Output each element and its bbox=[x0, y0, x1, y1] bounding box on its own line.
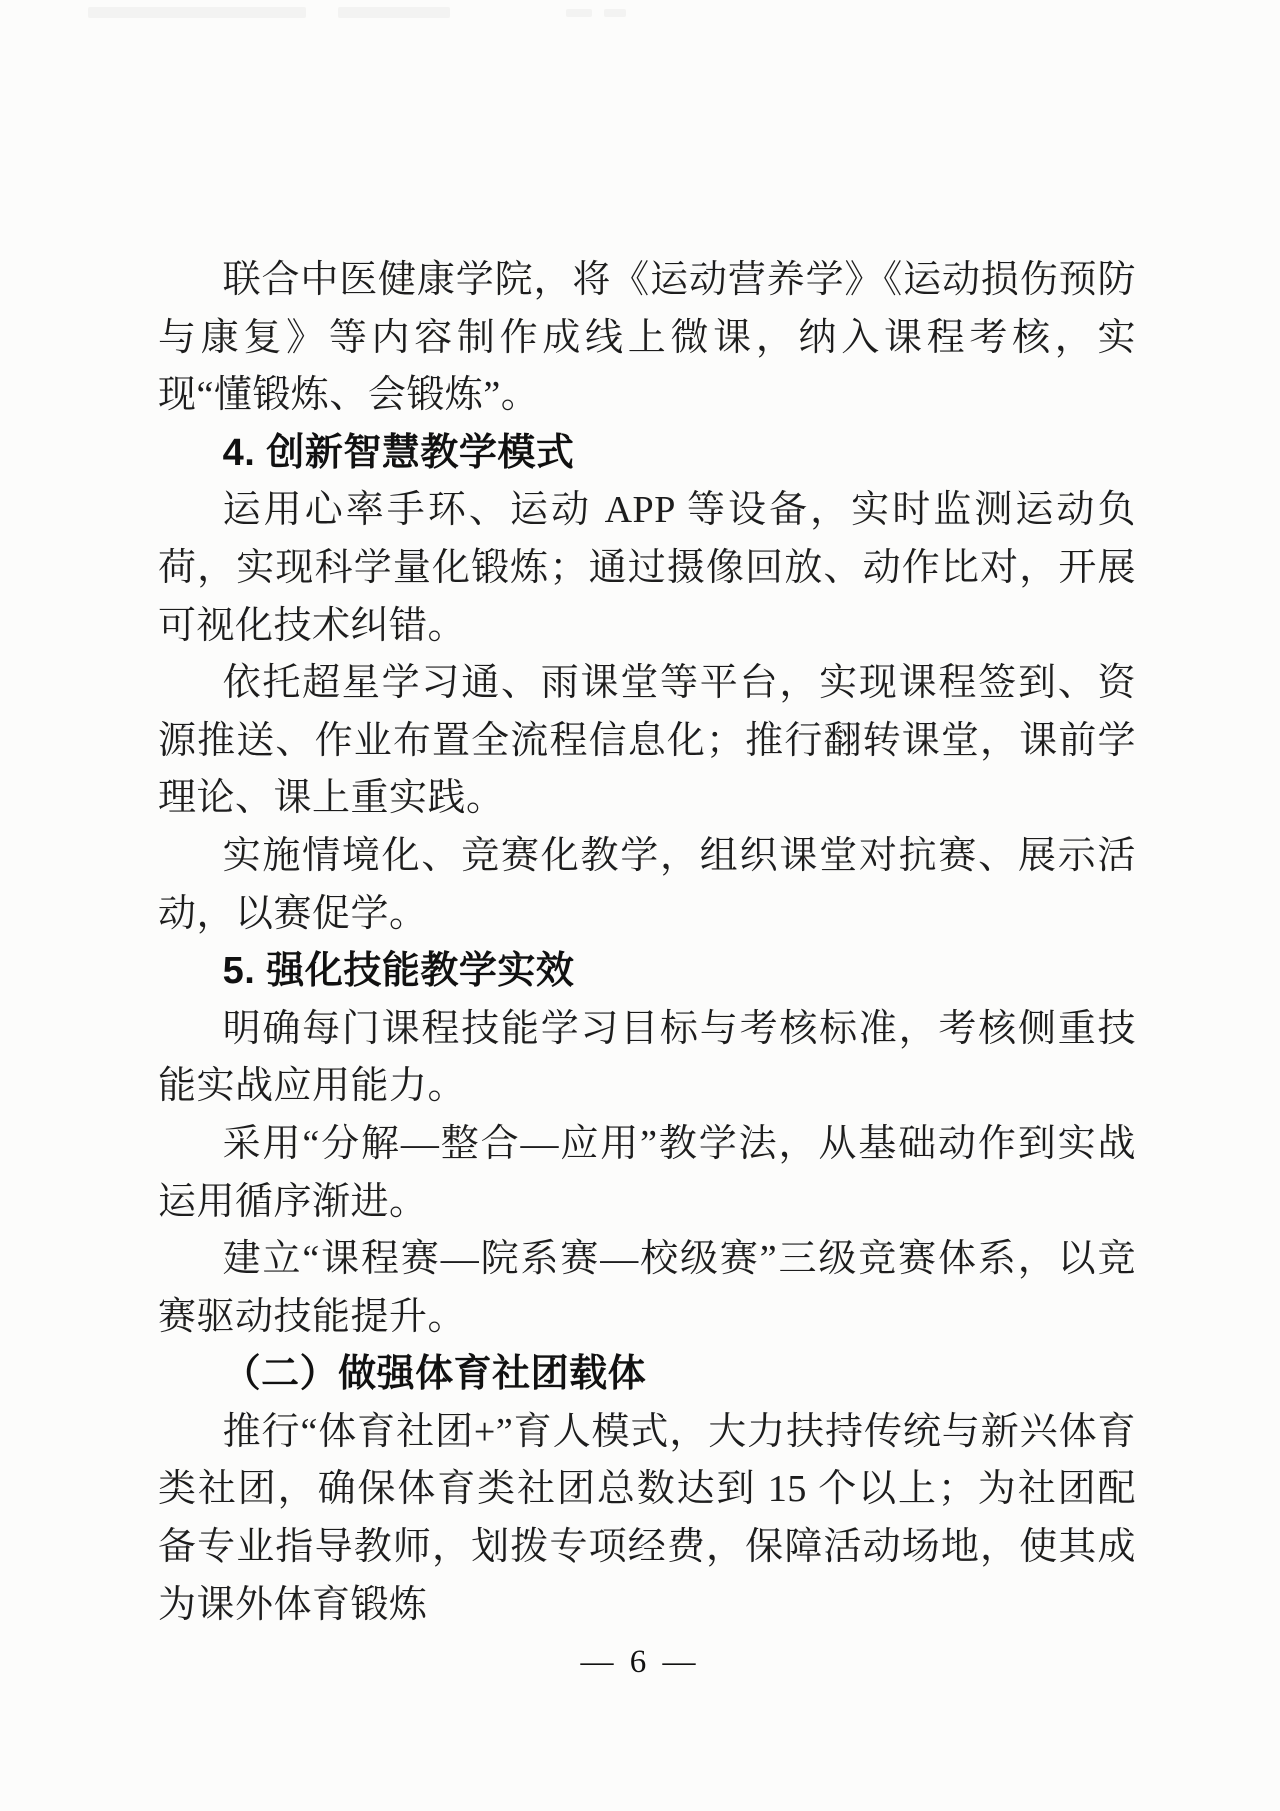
section-heading-5: 5. 强化技能教学实效 bbox=[158, 943, 1136, 1001]
document-body: 联合中医健康学院，将《运动营养学》《运动损伤预防与康复》等内容制作成线上微课，纳… bbox=[158, 252, 1136, 1634]
document-page: 联合中医健康学院，将《运动营养学》《运动损伤预防与康复》等内容制作成线上微课，纳… bbox=[0, 0, 1280, 1811]
paragraph-online-platforms: 依托超星学习通、雨课堂等平台，实现课程签到、资源推送、作业布置全流程信息化；推行… bbox=[158, 655, 1136, 828]
paragraph-competition-system: 建立“课程赛—院系赛—校级赛”三级竞赛体系，以竞赛驱动技能提升。 bbox=[158, 1231, 1136, 1346]
scan-artifact bbox=[88, 7, 306, 18]
paragraph-smart-devices: 运用心率手环、运动 APP 等设备，实时监测运动负荷，实现科学量化锻炼；通过摄像… bbox=[158, 482, 1136, 655]
scan-artifact bbox=[566, 9, 592, 17]
scan-artifact bbox=[338, 7, 450, 18]
paragraph-teaching-method: 采用“分解—整合—应用”教学法，从基础动作到实战运用循序渐进。 bbox=[158, 1116, 1136, 1231]
paragraph-skill-goals: 明确每门课程技能学习目标与考核标准，考核侧重技能实战应用能力。 bbox=[158, 1001, 1136, 1116]
paragraph-competitive-teaching: 实施情境化、竞赛化教学，组织课堂对抗赛、展示活动，以赛促学。 bbox=[158, 828, 1136, 943]
paragraph-sports-clubs: 推行“体育社团+”育人模式，大力扶持传统与新兴体育类社团，确保体育类社团总数达到… bbox=[158, 1404, 1136, 1634]
section-heading-4: 4. 创新智慧教学模式 bbox=[158, 425, 1136, 483]
page-number: — 6 — bbox=[0, 1644, 1280, 1681]
scan-artifact bbox=[604, 9, 626, 17]
paragraph-micro-course: 联合中医健康学院，将《运动营养学》《运动损伤预防与康复》等内容制作成线上微课，纳… bbox=[158, 252, 1136, 425]
section-heading-2-2: （二）做强体育社团载体 bbox=[158, 1346, 1136, 1404]
